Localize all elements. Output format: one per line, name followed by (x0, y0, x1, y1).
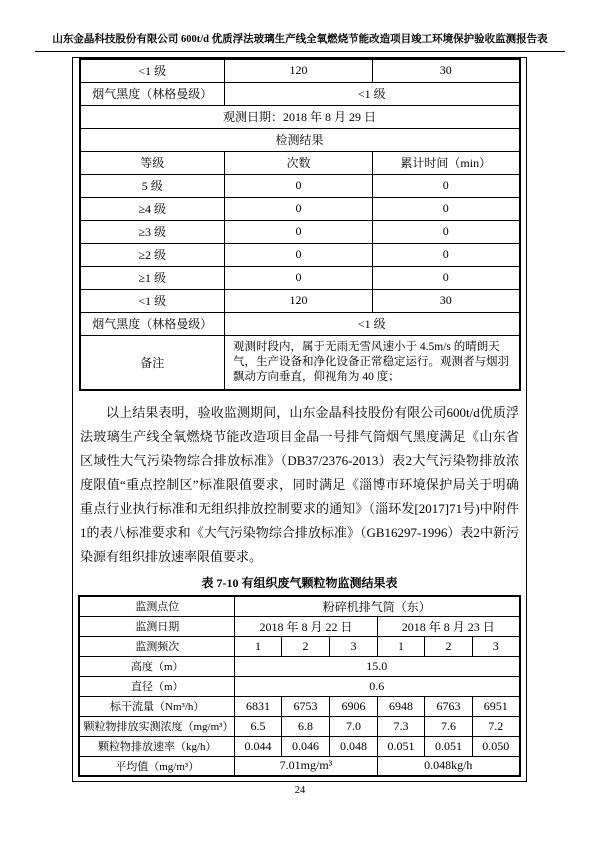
table-cell: 7.2 (472, 716, 519, 736)
table-cell: 0.6 (234, 676, 519, 696)
table-row: 监测频次123123 (79, 636, 519, 656)
table-cell: 平均值（mg/m³） (79, 756, 234, 776)
table-cell: 3 (329, 636, 377, 656)
table-cell: 烟气黑度（林格曼级） (80, 312, 225, 335)
table-cell: 2 (281, 636, 329, 656)
table-cell: 监测频次 (79, 636, 234, 656)
table-cell: 标干流量（Nm³/h） (79, 696, 234, 716)
table-cell: 6763 (424, 696, 472, 716)
table-row: <1 级12030 (80, 59, 520, 82)
particulate-table-body: 监测点位粉碎机排气筒（东）监测日期2018 年 8 月 22 日2018 年 8… (79, 596, 519, 777)
table-cell: 7.01mg/m³ (234, 756, 377, 776)
table-cell: 30 (373, 59, 520, 82)
table-cell: 6.5 (234, 716, 281, 736)
table-cell: <1 级 (225, 312, 520, 335)
page-number: 24 (0, 785, 600, 796)
table-row: 等级次数累计时间（min） (80, 151, 520, 174)
table-row: ≥4 级00 (80, 197, 520, 220)
table-row: ≥3 级00 (80, 220, 520, 243)
table-cell: 0 (225, 243, 373, 266)
smoke-blackness-table: <1 级12030烟气黑度（林格曼级）<1 级观测日期：2018 年 8 月 2… (79, 58, 521, 391)
table-cell: ≥2 级 (80, 243, 225, 266)
table-cell: 颗粒物排放实测浓度（mg/m³） (79, 716, 234, 736)
table-cell: 6906 (329, 696, 377, 716)
table-cell: 等级 (80, 151, 225, 174)
table-cell: 0 (373, 174, 520, 197)
table-cell: ≥1 级 (80, 266, 225, 289)
table-cell: 120 (225, 59, 373, 82)
table-cell: 高度（m） (79, 656, 234, 676)
table-cell: ≥4 级 (80, 197, 225, 220)
table-cell: <1 级 (80, 289, 225, 312)
table-cell: 0 (373, 220, 520, 243)
table-row: 监测点位粉碎机排气筒（东） (79, 596, 519, 617)
table-cell: 0 (225, 266, 373, 289)
table-row: 标干流量（Nm³/h）683167536906694867636951 (79, 696, 519, 716)
table-cell: 0.048kg/h (377, 756, 519, 776)
table-cell: 7.0 (329, 716, 377, 736)
table-cell: 7.3 (377, 716, 424, 736)
table-cell: 0.050 (472, 736, 519, 756)
table-cell: 120 (225, 289, 373, 312)
table-cell: 0.051 (424, 736, 472, 756)
table-cell: 次数 (225, 151, 373, 174)
table-cell: 0.048 (329, 736, 377, 756)
table-cell: 颗粒物排放速率（kg/h） (79, 736, 234, 756)
table-cell: 6.8 (281, 716, 329, 736)
table-cell: 3 (472, 636, 519, 656)
table-cell: 0 (373, 197, 520, 220)
table-cell: 2018 年 8 月 23 日 (377, 616, 519, 636)
table-row: 颗粒物排放实测浓度（mg/m³）6.56.87.07.37.67.2 (79, 716, 519, 736)
table-cell: 监测日期 (79, 616, 234, 636)
table-cell: 15.0 (234, 656, 519, 676)
table-row: 观测日期：2018 年 8 月 29 日 (80, 105, 520, 128)
table-cell: ≥3 级 (80, 220, 225, 243)
table-row: 颗粒物排放速率（kg/h）0.0440.0460.0480.0510.0510.… (79, 736, 519, 756)
table-row: ≥1 级00 (80, 266, 520, 289)
table-cell: 0.046 (281, 736, 329, 756)
smoke-table-body: <1 级12030烟气黑度（林格曼级）<1 级观测日期：2018 年 8 月 2… (80, 59, 520, 390)
table-row: 高度（m）15.0 (79, 656, 519, 676)
table-cell: 0.044 (234, 736, 281, 756)
table-cell: <1 级 (80, 59, 225, 82)
table-cell: 检测结果 (80, 128, 520, 151)
table-row: ≥2 级00 (80, 243, 520, 266)
table-cell: 监测点位 (79, 596, 234, 617)
document-header-title: 山东金晶科技股份有限公司 600t/d 优质浮法玻璃生产线全氧燃烧节能改造项目竣… (35, 33, 565, 52)
table-row: 直径（m）0.6 (79, 676, 519, 696)
table-cell: 观测日期：2018 年 8 月 29 日 (80, 105, 520, 128)
table-cell: 0 (225, 220, 373, 243)
table-cell: 6753 (281, 696, 329, 716)
table-row: 平均值（mg/m³）7.01mg/m³0.048kg/h (79, 756, 519, 776)
table-cell: 6948 (377, 696, 424, 716)
table-cell: 0 (373, 243, 520, 266)
particulate-monitoring-table: 监测点位粉碎机排气筒（东）监测日期2018 年 8 月 22 日2018 年 8… (78, 595, 520, 778)
table-cell: 0 (225, 197, 373, 220)
table-cell: 0 (225, 174, 373, 197)
table-cell: 备注 (80, 335, 225, 390)
table-cell: 7.6 (424, 716, 472, 736)
table-cell: 2018 年 8 月 22 日 (234, 616, 377, 636)
table-cell: 0 (373, 266, 520, 289)
content-frame: <1 级12030烟气黑度（林格曼级）<1 级观测日期：2018 年 8 月 2… (72, 57, 527, 782)
table-cell: 5 级 (80, 174, 225, 197)
conclusion-paragraph: 以上结果表明，验收监测期间，山东金晶科技股份有限公司600t/d优质浮法玻璃生产… (80, 401, 519, 569)
table-cell: 1 (377, 636, 424, 656)
table-cell: 6831 (234, 696, 281, 716)
table-cell: 直径（m） (79, 676, 234, 696)
table-cell: 1 (234, 636, 281, 656)
table-row: 监测日期2018 年 8 月 22 日2018 年 8 月 23 日 (79, 616, 519, 636)
table-row: 备注观测时段内，属于无雨无雪风速小于 4.5m/s 的晴朗天气，生产设备和净化设… (80, 335, 520, 390)
document-page: 山东金晶科技股份有限公司 600t/d 优质浮法玻璃生产线全氧燃烧节能改造项目竣… (0, 0, 600, 849)
table-7-10-title: 表 7-10 有组织废气颗粒物监测结果表 (73, 575, 526, 591)
table-cell: 累计时间（min） (373, 151, 520, 174)
table-cell: <1 级 (225, 82, 520, 105)
table-cell: 0.051 (377, 736, 424, 756)
table-cell: 30 (373, 289, 520, 312)
table-cell: 观测时段内，属于无雨无雪风速小于 4.5m/s 的晴朗天气，生产设备和净化设备正… (225, 335, 520, 390)
table-cell: 6951 (472, 696, 519, 716)
table-row: 烟气黑度（林格曼级）<1 级 (80, 82, 520, 105)
table-row: 烟气黑度（林格曼级）<1 级 (80, 312, 520, 335)
table-cell: 粉碎机排气筒（东） (234, 596, 519, 617)
table-row: <1 级12030 (80, 289, 520, 312)
table-cell: 2 (424, 636, 472, 656)
table-row: 检测结果 (80, 128, 520, 151)
table-cell: 烟气黑度（林格曼级） (80, 82, 225, 105)
table-row: 5 级00 (80, 174, 520, 197)
